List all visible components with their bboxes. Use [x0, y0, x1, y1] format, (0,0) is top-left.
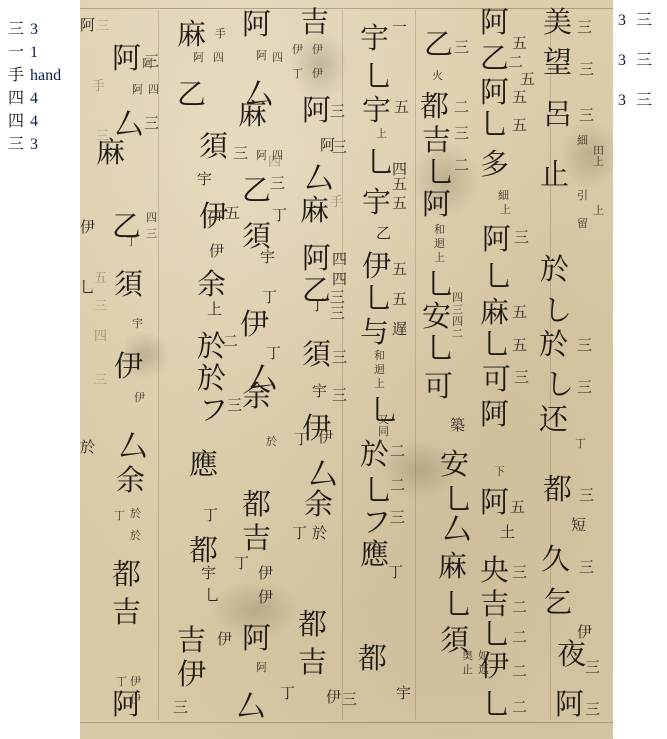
annotation: 三: [514, 230, 529, 245]
annotation: 阿: [256, 150, 267, 161]
legend-kanji: 一: [8, 41, 30, 64]
annotation: 四: [452, 292, 463, 303]
glyph: 吉: [480, 590, 509, 619]
annotation: 五: [225, 206, 240, 221]
annotation: 三: [454, 126, 469, 141]
legend-kanji: 四: [8, 87, 30, 110]
glyph: 麻: [238, 100, 267, 129]
annotation: 三: [270, 176, 285, 191]
annotation: 三: [332, 350, 347, 365]
annotation: 四: [213, 52, 224, 63]
annotation: 土: [500, 525, 515, 540]
glyph: 吉: [177, 626, 206, 655]
glyph: 吉: [298, 648, 327, 677]
annotation: 四: [332, 272, 347, 287]
glyph: 於: [197, 332, 226, 361]
annotation: 二: [390, 444, 405, 459]
annotation: 伊: [318, 430, 333, 445]
glyph: 阿: [242, 10, 271, 39]
annotation: 五: [512, 118, 527, 133]
glyph: 乚: [482, 690, 511, 719]
glyph: 乙: [480, 44, 509, 73]
legend-row: 三3: [8, 133, 80, 156]
annotation: 丁: [262, 290, 277, 305]
annotation: 四: [146, 212, 157, 223]
annotation: 三: [330, 306, 345, 321]
annotation: 遅: [392, 322, 407, 337]
annotation: 三: [146, 228, 157, 239]
glyph: 乚: [80, 280, 95, 295]
glyph: 應: [360, 540, 389, 569]
glyph: 麻: [177, 20, 206, 49]
glyph: 伊: [80, 220, 95, 235]
annotation: 二: [454, 100, 469, 115]
annotation: 四: [272, 52, 283, 63]
annotation: 丁: [203, 508, 218, 523]
glyph: 美: [543, 8, 572, 37]
manuscript-column: 阿 厶 麻 乙 須 伊 厶 余 都 吉 阿 厶 阿 四 阿 四 三 丁 宇 丁 …: [238, 0, 298, 739]
glyph: 乚: [366, 148, 395, 177]
glyph: 阿: [555, 690, 584, 719]
glyph: 还: [539, 405, 568, 434]
annotation: 三: [514, 370, 529, 385]
glyph: 安: [422, 302, 451, 331]
annotation: 丁: [234, 556, 249, 571]
glyph: 久: [541, 545, 570, 574]
legend-kanji: 三: [636, 49, 652, 73]
glyph: 於: [539, 330, 568, 359]
annotation: 阿: [256, 662, 267, 673]
annotation: 上: [207, 302, 222, 317]
annotation: 五: [512, 90, 527, 105]
annotation: 丁: [310, 298, 325, 313]
glyph: 乚: [444, 590, 473, 619]
manuscript-column: 阿 伊 乚 於 三 三 手 五 三 四 三: [80, 0, 134, 739]
glyph: し: [545, 370, 574, 399]
glyph: 阿: [480, 8, 509, 37]
legend-value: 4: [30, 90, 38, 107]
annotation: 短: [571, 518, 586, 533]
glyph: 應: [189, 450, 218, 479]
annotation: 於: [312, 526, 327, 541]
annotation: 二: [512, 700, 527, 715]
annotation: 上: [593, 205, 604, 216]
legend-row: 三3: [8, 18, 80, 41]
annotation: 於: [266, 436, 277, 447]
legend-row: 四4: [8, 87, 80, 110]
glyph: フ: [199, 396, 228, 425]
annotation: 伊: [207, 212, 222, 227]
glyph: 余: [197, 270, 226, 299]
glyph: 阿: [242, 624, 271, 653]
glyph: 乙: [177, 80, 206, 109]
annotation: 二: [452, 328, 463, 339]
legend-row: 手hand: [8, 64, 80, 87]
glyph: 安: [440, 450, 469, 479]
glyph: 多: [480, 150, 509, 179]
annotation: 二: [223, 334, 238, 349]
glyph: 麻: [480, 298, 509, 327]
annotation: 和: [374, 350, 385, 361]
annotation: 田上: [593, 145, 604, 167]
glyph: 乚: [364, 62, 393, 91]
annotation: 五: [392, 262, 407, 277]
glyph: 阿: [80, 18, 95, 33]
annotation: 奥: [462, 650, 473, 661]
annotation: 手: [330, 196, 343, 209]
annotation: 三: [330, 290, 345, 305]
annotation: 三: [585, 660, 600, 675]
annotation: 五: [512, 338, 527, 353]
annotation: 伊: [258, 590, 273, 605]
annotation: 三: [342, 692, 357, 707]
annotation: 二: [390, 478, 405, 493]
glyph: 呂: [543, 100, 572, 129]
annotation: 三: [579, 560, 594, 575]
manuscript-column: 乙 都 吉 乚 阿 乚 安 乚 可 築 安 乚 厶 麻 乚 須 三 火 二 三 …: [420, 0, 480, 739]
annotation: 三: [96, 20, 109, 33]
annotation: 下: [494, 466, 505, 477]
glyph: 厶: [236, 692, 265, 721]
glyph: 乙: [242, 176, 271, 205]
glyph: 阿: [480, 78, 509, 107]
glyph: 厶: [442, 515, 471, 544]
glyph: 於: [360, 440, 389, 469]
glyph: 可: [424, 372, 453, 401]
annotation: 三: [332, 388, 347, 403]
annotation: 四: [148, 84, 159, 95]
glyph: 須: [242, 222, 271, 251]
annotation: 三: [96, 130, 109, 143]
annotation: 丁: [272, 208, 287, 223]
annotation: 五: [512, 305, 527, 320]
left-annotation-legend: 三3 一1 手hand 四4 四4 三3: [8, 18, 80, 156]
annotation: 三: [512, 565, 527, 580]
annotation: 三: [390, 510, 405, 525]
legend-value: 1: [30, 44, 38, 61]
glyph: 乞: [543, 588, 572, 617]
glyph: 余: [304, 490, 333, 519]
annotation: 一: [392, 20, 407, 35]
glyph: 都: [189, 536, 218, 565]
annotation: 五: [392, 196, 407, 211]
annotation: 三: [233, 146, 248, 161]
legend-value: 3: [618, 49, 634, 73]
annotation: 五: [512, 36, 527, 51]
glyph: 厶: [308, 460, 337, 489]
glyph: 乚: [480, 110, 509, 139]
annotation: 宇: [197, 172, 212, 187]
annotation: 上: [376, 128, 387, 139]
glyph: フ: [362, 508, 391, 537]
glyph: 伊: [240, 310, 269, 339]
annotation: 火: [432, 70, 443, 81]
annotation: 如: [478, 650, 489, 661]
annotation: 丁: [388, 565, 403, 580]
annotation: 上: [500, 204, 511, 215]
annotation: 二: [508, 55, 523, 70]
glyph: 須: [302, 340, 331, 369]
glyph: 乙: [424, 30, 453, 59]
annotation: 手: [92, 80, 105, 93]
glyph: 須: [199, 132, 228, 161]
glyph: 乙: [376, 226, 391, 241]
glyph: 余: [242, 382, 271, 411]
annotation: 丁: [266, 346, 281, 361]
annotation: 伊: [209, 244, 224, 259]
glyph: 築: [450, 418, 465, 433]
glyph: 乚: [484, 262, 513, 291]
annotation: 二: [512, 600, 527, 615]
annotation: 三: [579, 62, 594, 77]
annotation: 四: [272, 150, 283, 161]
annotation: 丁: [575, 438, 586, 449]
annotation: 二: [512, 630, 527, 645]
glyph: 乚: [482, 620, 511, 649]
annotation: 丁: [280, 686, 295, 701]
glyph: 都: [358, 644, 387, 673]
legend-value: 3: [30, 136, 38, 153]
annotation: 三: [173, 700, 188, 715]
legend-value: 3: [618, 9, 634, 33]
glyph: 於: [80, 440, 95, 455]
annotation: 三: [94, 374, 107, 387]
legend-value: 3: [618, 89, 634, 113]
glyph: 都: [543, 475, 572, 504]
annotation: 二: [512, 664, 527, 679]
annotation: 引: [577, 190, 588, 201]
legend-kanji: 三: [636, 9, 652, 33]
annotation: 三: [577, 338, 592, 353]
glyph: 阿: [422, 190, 451, 219]
glyph: 阿: [480, 488, 509, 517]
annotation: 止: [462, 664, 473, 675]
manuscript-column: 宇 乚 宇 乚 宇 乙 伊 乚 与 乚 於 乚 フ 應 都 一 五 上 四五 五…: [358, 0, 418, 739]
glyph: 阿: [482, 225, 511, 254]
legend-row: 3三: [618, 9, 667, 49]
glyph: 伊: [177, 660, 206, 689]
annotation: 手: [215, 28, 226, 39]
glyph: 乚: [426, 158, 455, 187]
glyph: 於: [197, 364, 226, 393]
glyph: 乚: [426, 334, 455, 363]
annotation: 伊: [312, 68, 323, 79]
annotation: 宇: [312, 384, 327, 399]
glyph: 止: [540, 160, 569, 189]
legend-kanji: 三: [636, 89, 652, 113]
glyph: 都: [420, 92, 449, 121]
annotation: 三: [577, 380, 592, 395]
annotation: 迴: [374, 364, 385, 375]
glyph: 於: [540, 255, 569, 284]
annotation: 又: [378, 414, 389, 425]
annotation: 返: [478, 664, 489, 675]
glyph: 乚: [482, 330, 511, 359]
legend-kanji: 三: [8, 133, 30, 156]
annotation: 細: [577, 135, 588, 146]
glyph: 吉: [422, 126, 451, 155]
annotation: 五: [94, 272, 107, 285]
annotation: 伊: [326, 690, 341, 705]
annotation: 阿: [193, 52, 204, 63]
glyph: 都: [298, 610, 327, 639]
annotation: 伊: [258, 566, 273, 581]
annotation: 三: [585, 702, 600, 717]
glyph: 厶: [304, 164, 333, 193]
annotation: 上: [434, 252, 445, 263]
manuscript-column: 吉 阿 阿 厶 麻 阿 乙 須 伊 厶 余 都 吉 伊 伊 伊 丁 三 四 三 …: [298, 0, 358, 739]
legend-row: 3三: [618, 89, 667, 129]
annotation: 上: [374, 378, 385, 389]
annotation: 和: [434, 224, 445, 235]
annotation: 四五: [392, 162, 418, 192]
glyph: 都: [242, 490, 271, 519]
glyph: 央: [480, 556, 509, 585]
legend-kanji: 手: [8, 64, 30, 87]
annotation: 三: [94, 300, 107, 313]
annotation: 五: [394, 100, 409, 115]
annotation: 二: [454, 158, 469, 173]
annotation: 五: [520, 72, 535, 87]
annotation: 伊: [312, 44, 323, 55]
glyph: 吉: [242, 524, 271, 553]
annotation: 留: [577, 218, 588, 229]
annotation: 四: [94, 330, 107, 343]
annotation: 迴: [434, 238, 445, 249]
legend-value: hand: [30, 67, 61, 84]
annotation: 伊: [134, 392, 145, 403]
annotation: 五: [392, 292, 407, 307]
right-annotation-legend: 3三 3三 3三: [618, 9, 667, 129]
annotation: 三: [144, 116, 159, 131]
legend-row: 四4: [8, 110, 80, 133]
legend-row: 一1: [8, 41, 80, 64]
glyph: 宇: [362, 96, 391, 125]
glyph: 阿: [302, 244, 331, 273]
annotation: 細: [498, 190, 509, 201]
annotation: 三: [332, 140, 347, 155]
glyph: 麻: [438, 552, 467, 581]
annotation: 伊: [577, 625, 592, 640]
annotation: 三: [454, 40, 469, 55]
annotation: 四: [332, 252, 347, 267]
annotation: 五: [510, 500, 525, 515]
glyph: 望: [543, 48, 572, 77]
legend-row: 3三: [618, 49, 667, 89]
glyph: 伊: [362, 252, 391, 281]
annotation: 乚: [205, 588, 220, 603]
annotation: 宇: [396, 686, 411, 701]
annotation: 三: [330, 104, 345, 119]
annotation: 宇: [201, 566, 216, 581]
legend-value: 3: [30, 21, 38, 38]
annotation: 三: [577, 20, 592, 35]
glyph: 乚: [426, 270, 455, 299]
annotation: 三: [452, 304, 463, 315]
annotation: 三: [227, 398, 242, 413]
legend-kanji: 三: [8, 18, 30, 41]
annotation: 三: [579, 488, 594, 503]
manuscript-column: 麻 乙 須 伊 余 於 於 フ 應 都 吉 伊 手 阿 四 三 宇 伊 五 伊 …: [175, 0, 235, 739]
glyph: 宇: [362, 188, 391, 217]
manuscript-column: 阿 乙 阿 乚 多 阿 乚 麻 乚 可 阿 阿 央 吉 乚 伊 乚 五 二 五 …: [478, 0, 538, 739]
annotation: 伊: [217, 632, 232, 647]
annotation: 上: [494, 402, 505, 413]
glyph: 夜: [557, 640, 586, 669]
legend-kanji: 四: [8, 110, 30, 133]
glyph: し: [543, 296, 572, 325]
legend-value: 4: [30, 113, 38, 130]
annotation: 同: [378, 426, 389, 437]
glyph: 麻: [300, 196, 329, 225]
glyph: 阿: [302, 96, 331, 125]
annotation: 三: [579, 108, 594, 123]
glyph: 吉: [300, 8, 329, 37]
glyph: 宇: [360, 24, 389, 53]
annotation: 阿: [256, 50, 267, 61]
manuscript-scan: 美 望 呂 止 於 し 於 し 还 都 久 乞 夜 阿 三 三 三 細 田上 引…: [80, 0, 613, 739]
glyph: 乚: [364, 284, 393, 313]
glyph: 可: [482, 365, 511, 394]
annotation: 宇: [260, 250, 275, 265]
annotation: 四: [452, 316, 463, 327]
manuscript-column: 美 望 呂 止 於 し 於 し 还 都 久 乞 夜 阿 三 三 三 細 田上 引…: [535, 0, 595, 739]
glyph: 与: [360, 318, 389, 347]
glyph: 乚: [444, 485, 473, 514]
glyph: 乚: [364, 476, 393, 505]
annotation: 三: [144, 54, 159, 69]
